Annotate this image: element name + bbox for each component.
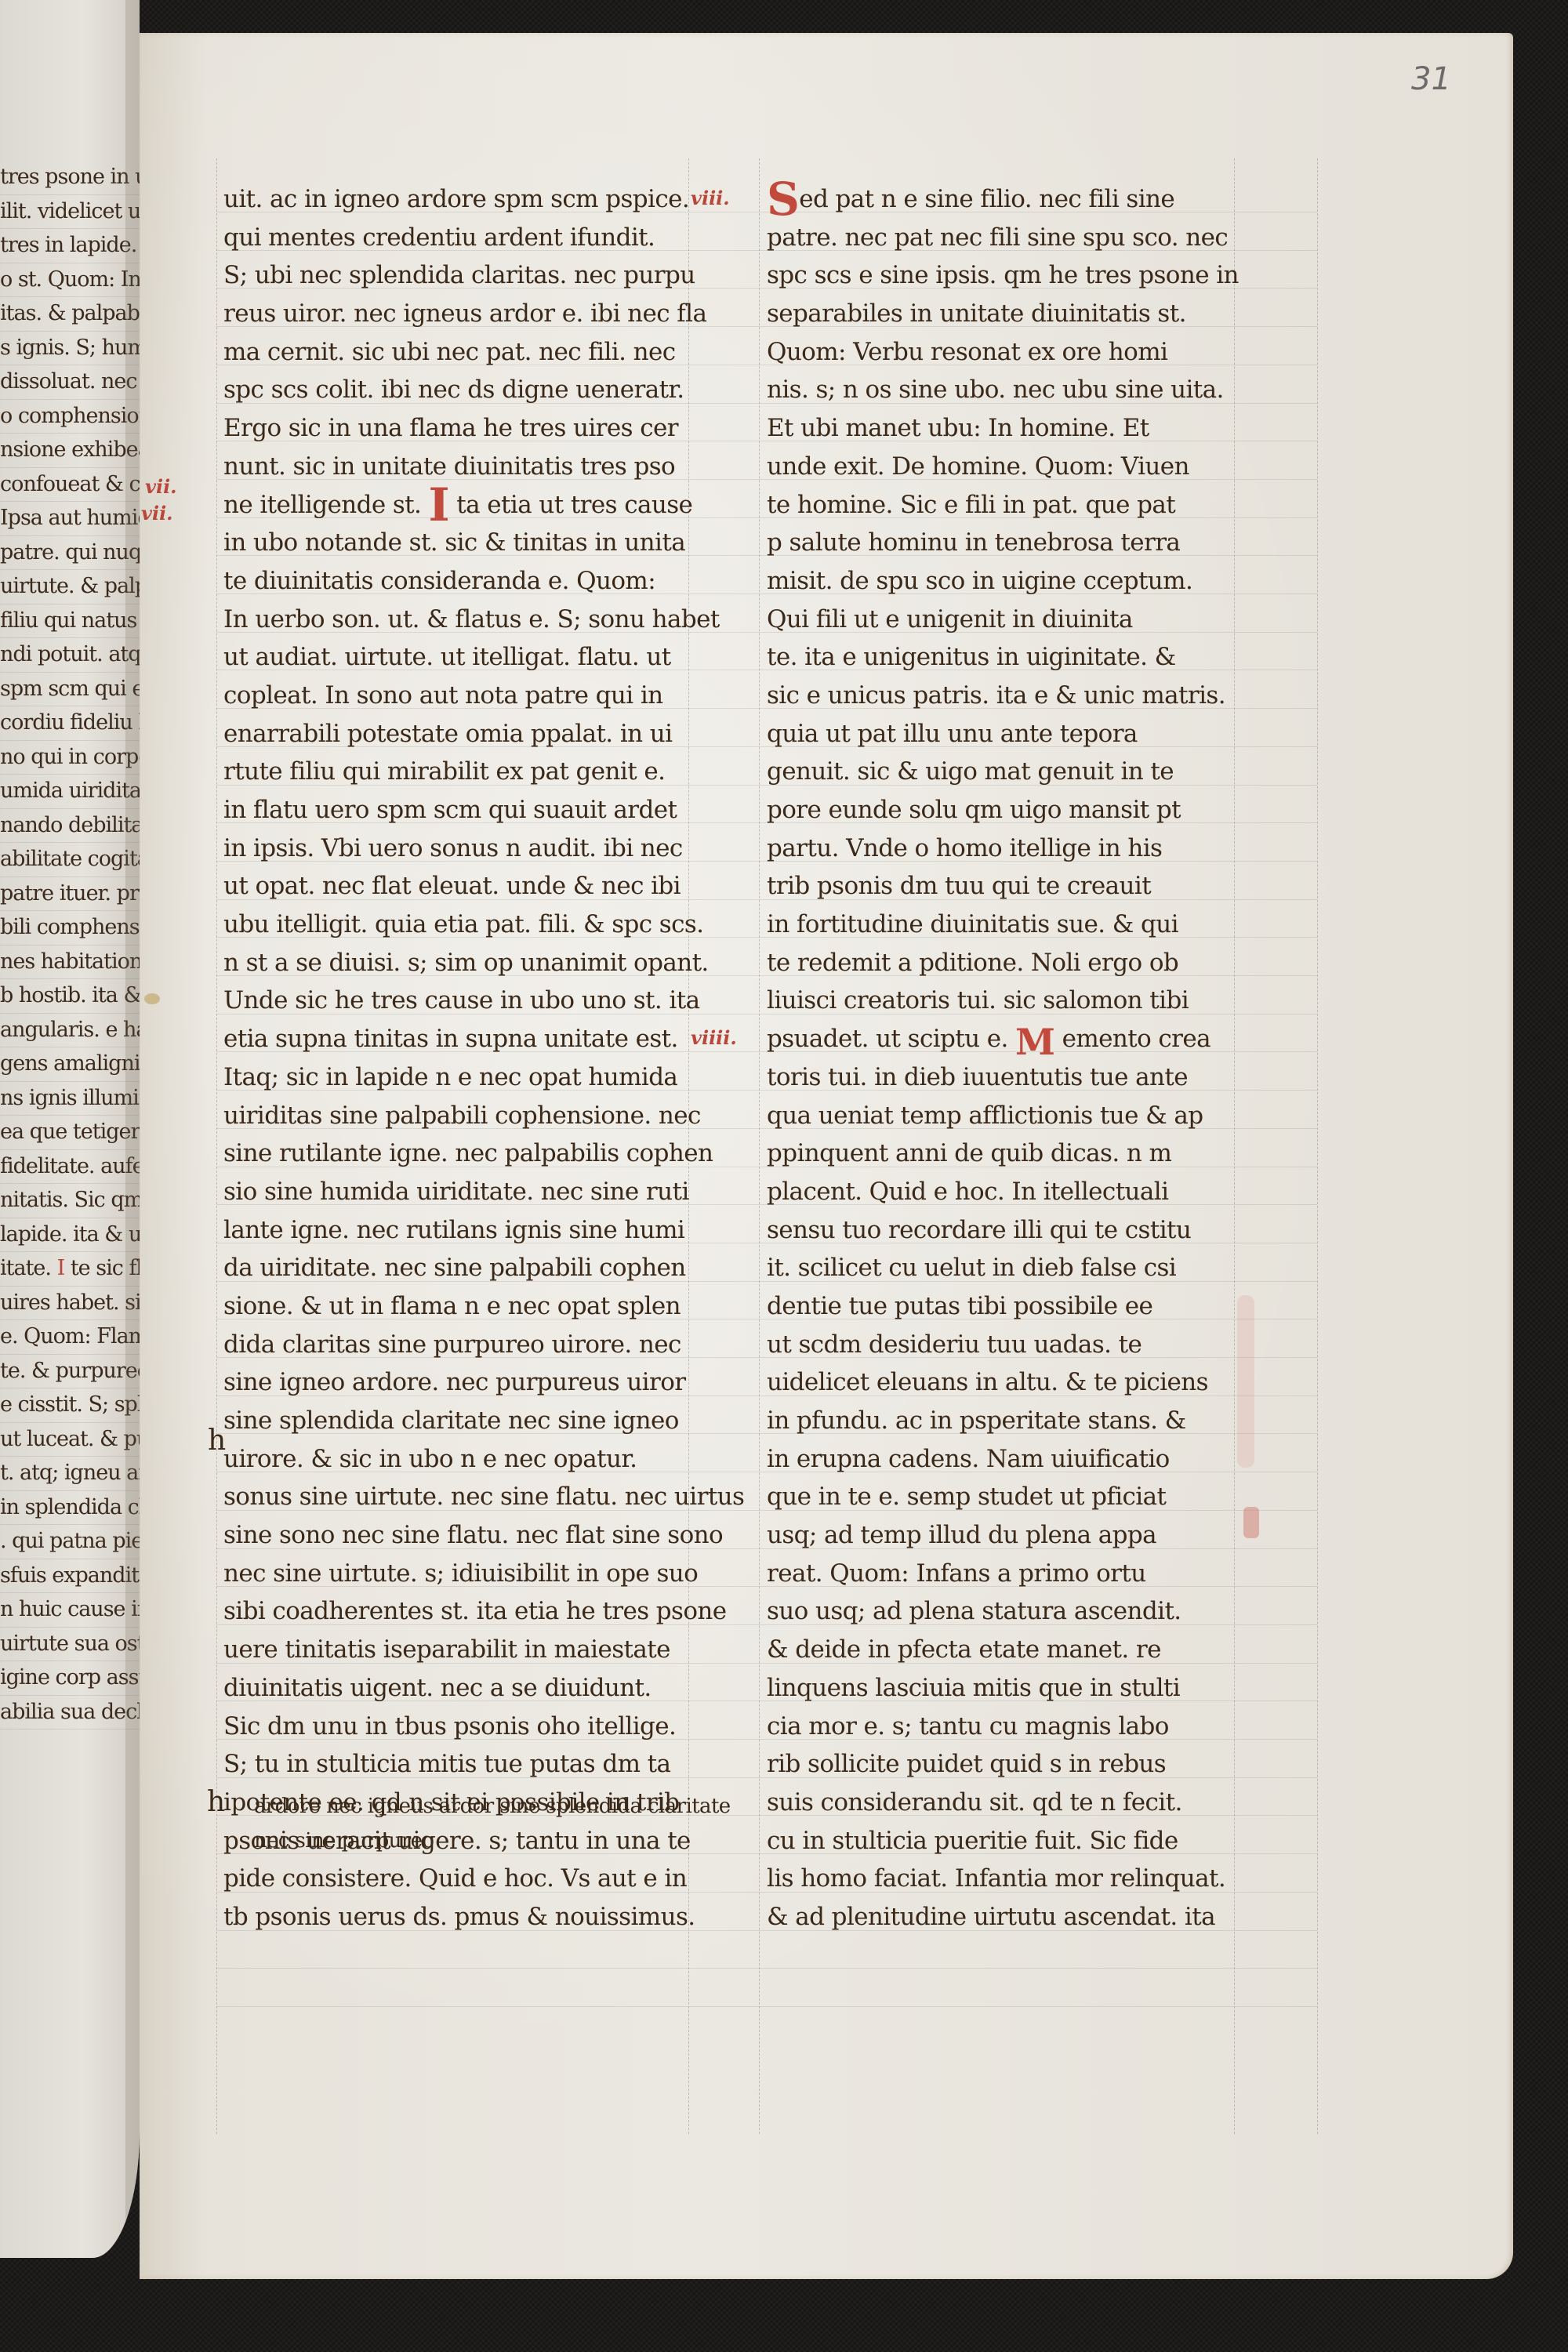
line-text: uidelicet eleuans in altu. & te piciens xyxy=(767,1368,1208,1396)
text-line: ubu itelligit. quia etia pat. fili. & sp… xyxy=(223,906,678,944)
verso-line-text: angularis. e ham xyxy=(0,1018,140,1042)
text-line: enarrabili potestate omia ppalat. in ui xyxy=(223,715,678,753)
text-line: te homine. Sic e fili in pat. que pat xyxy=(767,486,1229,524)
verso-line-text: o st. Quom: In lapi xyxy=(0,267,140,292)
line-text: lis homo faciat. Infantia mor relinquat. xyxy=(767,1864,1225,1893)
line-text: nunt. sic in unitate diuinitatis tres ps… xyxy=(223,452,675,481)
line-text: & deide in pfecta etate manet. re xyxy=(767,1635,1161,1664)
line-text: reus uiror. nec igneus ardor e. ibi nec … xyxy=(223,299,706,328)
text-line: etia supna tinitas in supna unitate est. xyxy=(223,1020,678,1058)
text-line: ppinquent anni de quib dicas. n m xyxy=(767,1134,1229,1173)
line-text: ppinquent anni de quib dicas. n m xyxy=(767,1139,1171,1167)
verso-line-text: uirtute. & palpabilis xyxy=(0,574,140,598)
line-text: ne itelligende st. xyxy=(223,491,429,519)
text-line: nis. s; n os sine ubo. nec ubu sine uita… xyxy=(767,371,1229,409)
verso-line-text: dissoluat. nec comuni xyxy=(0,369,140,394)
stain xyxy=(144,993,160,1004)
text-line: linquens lasciuia mitis que in stulti xyxy=(767,1669,1229,1708)
text-line: toris tui. in dieb iuuentutis tue ante xyxy=(767,1058,1229,1097)
verso-line: dissoluat. nec comuni xyxy=(0,365,140,400)
verso-line: no qui in corpore su xyxy=(0,741,140,775)
text-line: copleat. In sono aut nota patre qui in xyxy=(223,677,678,715)
insertion-mark-icon: h xyxy=(208,1425,226,1457)
verso-line: uirtute sua ostendit xyxy=(0,1628,140,1662)
footnote-line: ardore nec igneus ardor sine splendida c… xyxy=(254,1789,731,1824)
line-text: Sic dm unu in tbus psonis oho itellige. xyxy=(223,1712,676,1740)
text-line: pore eunde solu qm uigo mansit pt xyxy=(767,791,1229,829)
ruling-line xyxy=(216,158,217,2134)
text-line: sio sine humida uiriditate. nec sine rut… xyxy=(223,1173,678,1211)
line-text: uit. ac in igneo ardore spm scm pspice. xyxy=(223,185,689,213)
red-initial-m: M xyxy=(1015,1021,1054,1063)
text-line: Qui fili ut e unigenit in diuinita xyxy=(767,601,1229,639)
line-text: dentie tue putas tibi possibile ee xyxy=(767,1292,1152,1320)
text-line: usq; ad temp illud du plena appa xyxy=(767,1516,1229,1555)
verso-line-text: cordiu fideliu hoium xyxy=(0,710,140,735)
line-text: separabiles in unitate diuinitatis st. xyxy=(767,299,1186,328)
line-text: Qui fili ut e unigenit in diuinita xyxy=(767,605,1133,633)
rubric-number: vii. xyxy=(145,475,177,498)
line-text: suis considerandu sit. qd te n fecit. xyxy=(767,1788,1182,1817)
line-text: sic e unicus patris. ita e & unic matris… xyxy=(767,681,1225,710)
line-text: in fortitudine diuinitatis sue. & qui xyxy=(767,910,1178,938)
text-line: S; ubi nec splendida claritas. nec purpu xyxy=(223,256,678,295)
line-text: in erupna cadens. Nam uiuificatio xyxy=(767,1445,1170,1473)
verso-line: nando debilitatur xyxy=(0,809,140,844)
line-text: ut scdm desideriu tuu uadas. te xyxy=(767,1330,1142,1359)
verso-line-text: uires habet. sic & xyxy=(0,1290,140,1315)
line-text: dida claritas sine purpureo uirore. nec xyxy=(223,1330,681,1359)
verso-line-text: fidelitate. auferr xyxy=(0,1154,140,1178)
text-line: partu. Vnde o homo itellige in his xyxy=(767,829,1229,868)
verso-line: bili comphensio xyxy=(0,911,140,946)
text-line: Sed pat n e sine filio. nec fili sine xyxy=(767,180,1229,219)
red-offset xyxy=(1243,1507,1259,1538)
text-line: unde exit. De homine. Quom: Viuen xyxy=(767,448,1229,486)
line-text: sine splendida claritate nec sine igneo xyxy=(223,1406,679,1435)
line-text: genuit. sic & uigo mat genuit in te xyxy=(767,757,1174,786)
line-text: & ad plenitudine uirtutu ascendat. ita xyxy=(767,1903,1215,1931)
verso-line-text: tres in lapide. & tres in xyxy=(0,233,140,257)
line-text: in pfundu. ac in psperitate stans. & xyxy=(767,1406,1186,1435)
verso-line-text: ndi potuit. atq; rur xyxy=(0,642,140,666)
text-line: Itaq; sic in lapide n e nec opat humida xyxy=(223,1058,678,1097)
text-line: uiriditas sine palpabili cophensione. ne… xyxy=(223,1097,678,1135)
verso-line-text: . qui patna pietat xyxy=(0,1529,140,1553)
line-text: sibi coadherentes st. ita etia he tres p… xyxy=(223,1597,727,1625)
verso-line-text: te. & purpureo ui xyxy=(0,1359,140,1383)
text-line: dida claritas sine purpureo uirore. nec xyxy=(223,1326,678,1364)
verso-line: nsione exhibeat. rur xyxy=(0,434,140,468)
verso-line: ns ignis illumina xyxy=(0,1082,140,1116)
line-text: enarrabili potestate omia ppalat. in ui xyxy=(223,720,672,748)
ruling-line xyxy=(1234,158,1235,2134)
verso-line-text: spm scm qui e acce xyxy=(0,677,140,701)
text-line: te diuinitatis consideranda e. Quom: xyxy=(223,562,678,601)
verso-line-text: b hostib. ita & fi xyxy=(0,983,140,1007)
line-text: cia mor e. s; tantu cu magnis labo xyxy=(767,1712,1169,1740)
line-text: que in te e. semp studet ut pficiat xyxy=(767,1483,1166,1511)
line-text: reat. Quom: Infans a primo ortu xyxy=(767,1559,1146,1588)
text-line: uere tinitatis iseparabilit in maiestate xyxy=(223,1631,678,1669)
text-column-left: uit. ac in igneo ardore spm scm pspice.q… xyxy=(223,180,678,1936)
text-line: ut audiat. uirtute. ut itelligat. flatu.… xyxy=(223,638,678,677)
line-text: sine rutilante igne. nec palpabilis coph… xyxy=(223,1139,713,1167)
line-text: p salute hominu in tenebrosa terra xyxy=(767,528,1180,557)
line-text: Quom: Verbu resonat ex ore homi xyxy=(767,338,1167,366)
verso-line: s ignis. S; humida ui xyxy=(0,332,140,366)
text-line: placent. Quid e hoc. In itellectuali xyxy=(767,1173,1229,1211)
line-text: sonus sine uirtute. nec sine flatu. nec … xyxy=(223,1483,744,1511)
verso-line: nes habitationis xyxy=(0,946,140,980)
text-line: dentie tue putas tibi possibile ee xyxy=(767,1287,1229,1326)
line-text: te diuinitatis consideranda e. Quom: xyxy=(223,567,655,595)
line-text: liuisci creatoris tui. sic salomon tibi xyxy=(767,986,1189,1014)
line-text: te redemit a pditione. Noli ergo ob xyxy=(767,949,1178,977)
verso-line: angularis. e ham xyxy=(0,1014,140,1048)
line-text: cu in stulticia pueritie fuit. Sic fide xyxy=(767,1827,1178,1855)
text-column-right: Sed pat n e sine filio. nec fili sinepat… xyxy=(767,180,1229,1936)
line-text: rtute filiu qui mirabilit ex pat genit e… xyxy=(223,757,665,786)
line-text: it. scilicet cu uelut in dieb false csi xyxy=(767,1254,1176,1282)
ruling-line xyxy=(216,1968,1317,1969)
line-text: ma cernit. sic ubi nec pat. nec fili. ne… xyxy=(223,338,675,366)
text-line: sic e unicus patris. ita e & unic matris… xyxy=(767,677,1229,715)
verso-line-text: itate. xyxy=(0,1256,57,1280)
verso-line: igine corp assupsit. xyxy=(0,1661,140,1696)
line-text: Ergo sic in una flama he tres uires cer xyxy=(223,414,678,442)
verso-line-text: igine corp assupsit. xyxy=(0,1665,140,1690)
text-line: rtute filiu qui mirabilit ex pat genit e… xyxy=(223,753,678,791)
verso-line: Ipsa aut humida ui xyxy=(0,502,140,536)
footnote-line: nec sine purpureo xyxy=(254,1824,731,1858)
line-text: usq; ad temp illud du plena appa xyxy=(767,1521,1156,1549)
text-line: reus uiror. nec igneus ardor e. ibi nec … xyxy=(223,295,678,333)
verso-line: gens amalignis xyxy=(0,1047,140,1082)
text-line: S; tu in stulticia mitis tue putas dm ta xyxy=(223,1745,678,1784)
verso-line: patre ituer. pri xyxy=(0,877,140,912)
text-line: separabiles in unitate diuinitatis st. xyxy=(767,295,1229,333)
line-text: misit. de spu sco in uigine cceptum. xyxy=(767,567,1192,595)
line-text: in flatu uero spm scm qui suauit ardet xyxy=(223,796,677,824)
insertion-mark-icon: h xyxy=(207,1786,225,1818)
verso-line: itate. I te sic fla xyxy=(0,1252,140,1287)
text-line: in ipsis. Vbi uero sonus n audit. ibi ne… xyxy=(223,829,678,868)
verso-line: in splendida clari xyxy=(0,1491,140,1526)
text-line: psuadet. ut sciptu e. M emento crea xyxy=(767,1020,1229,1058)
text-line: cia mor e. s; tantu cu magnis labo xyxy=(767,1708,1229,1746)
verso-line-text: ut luceat. & purpu xyxy=(0,1427,140,1451)
line-text: sio sine humida uiriditate. nec sine rut… xyxy=(223,1178,689,1206)
rubric-number: viii. xyxy=(691,187,730,209)
line-text: diuinitatis uigent. nec a se diuidunt. xyxy=(223,1674,652,1702)
verso-line-text: confoueat & consoli xyxy=(0,472,140,496)
verso-line: itas. & palpabilis cop xyxy=(0,297,140,332)
verso-line: lapide. ita & uer xyxy=(0,1218,140,1253)
line-text: lante igne. nec rutilans ignis sine humi xyxy=(223,1216,684,1244)
line-text: spc scs e sine ipsis. qm he tres psone i… xyxy=(767,261,1239,289)
verso-line: b hostib. ita & fi xyxy=(0,979,140,1014)
text-line: qua ueniat temp afflictionis tue & ap xyxy=(767,1097,1229,1135)
recto-page: 31 uit. ac in igneo ardore spm scm pspic… xyxy=(140,33,1513,2279)
text-line: suis considerandu sit. qd te n fecit. xyxy=(767,1784,1229,1822)
line-text: sine sono nec sine flatu. nec flat sine … xyxy=(223,1521,723,1549)
text-line: sonus sine uirtute. nec sine flatu. nec … xyxy=(223,1478,678,1516)
text-line: reat. Quom: Infans a primo ortu xyxy=(767,1555,1229,1593)
line-text: qui mentes credentiu ardent ifundit. xyxy=(223,223,655,252)
text-line: nec sine uirtute. s; idiuisibilit in ope… xyxy=(223,1555,678,1593)
text-line: lis homo faciat. Infantia mor relinquat. xyxy=(767,1860,1229,1898)
text-line: da uiriditate. nec sine palpabili cophen xyxy=(223,1249,678,1287)
ruling-line xyxy=(216,2006,1317,2007)
text-line: Et ubi manet ubu: In homine. Et xyxy=(767,409,1229,448)
line-text: ed pat n e sine filio. nec fili sine xyxy=(799,185,1174,213)
text-line: in pfundu. ac in psperitate stans. & xyxy=(767,1402,1229,1440)
ruling-line xyxy=(1317,158,1318,2134)
verso-line-text: tres psone in unitate xyxy=(0,165,140,189)
text-line: cu in stulticia pueritie fuit. Sic fide xyxy=(767,1822,1229,1860)
text-line: Ergo sic in una flama he tres uires cer xyxy=(223,409,678,448)
line-text: pide consistere. Quid e hoc. Vs aut e in xyxy=(223,1864,687,1893)
text-line: spc scs e sine ipsis. qm he tres psone i… xyxy=(767,256,1229,295)
line-text: pore eunde solu qm uigo mansit pt xyxy=(767,796,1181,824)
verso-line: o st. Quom: In lapi xyxy=(0,263,140,298)
verso-line-text: t. atq; igneu ardo xyxy=(0,1461,140,1485)
line-text: sine igneo ardore. nec purpureus uiror xyxy=(223,1368,686,1396)
verso-line-text: bili comphensio xyxy=(0,915,140,939)
verso-line-text: abilia sua declara xyxy=(0,1700,140,1724)
text-line: sibi coadherentes st. ita etia he tres p… xyxy=(223,1592,678,1631)
line-text: linquens lasciuia mitis que in stulti xyxy=(767,1674,1180,1702)
line-text: ta etia ut tres cause xyxy=(449,491,692,519)
verso-line-text: nes habitationis xyxy=(0,949,140,974)
verso-line-text: Ipsa aut humida ui xyxy=(0,506,140,530)
text-line: n st a se diuisi. s; sim op unanimit opa… xyxy=(223,944,678,982)
verso-line-text: itas. & palpabilis cop xyxy=(0,301,140,325)
verso-line: tres psone in unitate xyxy=(0,161,140,195)
text-line: sine sono nec sine flatu. nec flat sine … xyxy=(223,1516,678,1555)
red-initial-s: S xyxy=(767,172,799,226)
line-text: ubu itelligit. quia etia pat. fili. & sp… xyxy=(223,910,703,938)
verso-line: cordiu fideliu hoium xyxy=(0,706,140,741)
text-line: in flatu uero spm scm qui suauit ardet xyxy=(223,791,678,829)
text-line: sine splendida claritate nec sine igneo xyxy=(223,1402,678,1440)
verso-line: abilia sua declara xyxy=(0,1696,140,1730)
verso-line-text: in splendida clari xyxy=(0,1495,140,1519)
line-text: copleat. In sono aut nota patre qui in xyxy=(223,681,663,710)
text-line: diuinitatis uigent. nec a se diuidunt. xyxy=(223,1669,678,1708)
text-line: sine rutilante igne. nec palpabilis coph… xyxy=(223,1134,678,1173)
text-line: uirore. & sic in ubo n e nec opatur. xyxy=(223,1440,678,1479)
line-text: te. ita e unigenitus in uiginitate. & xyxy=(767,643,1176,671)
verso-line-text: lapide. ita & uer xyxy=(0,1222,140,1247)
line-text: uiriditas sine palpabili cophensione. ne… xyxy=(223,1102,701,1130)
line-text: uere tinitatis iseparabilit in maiestate xyxy=(223,1635,670,1664)
verso-line-text: o comphensione ut xyxy=(0,404,140,428)
verso-text-block: tres psone in unitateilit. videlicet uig… xyxy=(0,161,140,1730)
verso-line-text: e. Quom: Flama xyxy=(0,1324,140,1348)
verso-line: spm scm qui e acce xyxy=(0,673,140,707)
verso-line-text: uirtute sua ostendit xyxy=(0,1632,140,1656)
line-text: sione. & ut in flama n e nec opat splen xyxy=(223,1292,681,1320)
text-line: suo usq; ad plena statura ascendit. xyxy=(767,1592,1229,1631)
verso-line: t. atq; igneu ardo xyxy=(0,1457,140,1491)
verso-page-edge: tres psone in unitateilit. videlicet uig… xyxy=(0,0,140,2258)
verso-line: tres in lapide. & tres in xyxy=(0,229,140,263)
verso-line-text: no qui in corpore su xyxy=(0,745,140,769)
text-line: ne itelligende st. I ta etia ut tres cau… xyxy=(223,486,678,524)
verso-line: confoueat & consoli xyxy=(0,468,140,503)
text-line: que in te e. semp studet ut pficiat xyxy=(767,1478,1229,1516)
verso-line: umida uiriditatem xyxy=(0,775,140,809)
text-line: ut scdm desideriu tuu uadas. te xyxy=(767,1326,1229,1364)
line-text: S; tu in stulticia mitis tue putas dm ta xyxy=(223,1750,670,1778)
text-line: Sic dm unu in tbus psonis oho itellige. xyxy=(223,1708,678,1746)
text-line: ut opat. nec flat eleuat. unde & nec ibi xyxy=(223,867,678,906)
verso-line: ilit. videlicet uigent xyxy=(0,195,140,230)
text-line: in erupna cadens. Nam uiuificatio xyxy=(767,1440,1229,1479)
line-text: psuadet. ut sciptu e. xyxy=(767,1025,1015,1053)
line-text: quia ut pat illu unu ante tepora xyxy=(767,720,1138,748)
text-line: te. ita e unigenitus in uiginitate. & xyxy=(767,638,1229,677)
text-line: Unde sic he tres cause in ubo uno st. it… xyxy=(223,982,678,1020)
line-text: In uerbo son. ut. & flatus e. S; sonu ha… xyxy=(223,605,720,633)
text-line: & ad plenitudine uirtutu ascendat. ita xyxy=(767,1898,1229,1936)
verso-line: sfuis expandit. & i xyxy=(0,1559,140,1594)
line-text: suo usq; ad plena statura ascendit. xyxy=(767,1597,1181,1625)
line-text: n st a se diuisi. s; sim op unanimit opa… xyxy=(223,949,709,977)
rubric-number: vii. xyxy=(141,502,173,524)
text-line: p salute hominu in tenebrosa terra xyxy=(767,524,1229,562)
line-text: ut audiat. uirtute. ut itelligat. flatu.… xyxy=(223,643,671,671)
line-text: patre. nec pat nec fili sine spu sco. ne… xyxy=(767,223,1228,252)
line-text: ut opat. nec flat eleuat. unde & nec ibi xyxy=(223,872,681,900)
text-line: in fortitudine diuinitatis sue. & qui xyxy=(767,906,1229,944)
verso-line: uirtute. & palpabilis xyxy=(0,570,140,604)
text-line: misit. de spu sco in uigine cceptum. xyxy=(767,562,1229,601)
text-line: patre. nec pat nec fili sine spu sco. ne… xyxy=(767,219,1229,257)
line-text: unde exit. De homine. Quom: Viuen xyxy=(767,452,1189,481)
verso-line-text: n huic cause in e. xyxy=(0,1597,140,1621)
verso-line-text: umida uiriditatem xyxy=(0,779,140,803)
verso-line: te. & purpureo ui xyxy=(0,1355,140,1389)
text-line: Quom: Verbu resonat ex ore homi xyxy=(767,333,1229,372)
verso-line: n huic cause in e. xyxy=(0,1593,140,1628)
line-text: Et ubi manet ubu: In homine. Et xyxy=(767,414,1149,442)
line-text: etia supna tinitas in supna unitate est. xyxy=(223,1025,678,1053)
verso-line-text: filiu qui natus ex ui xyxy=(0,608,140,633)
verso-line-text: s ignis. S; humida ui xyxy=(0,336,140,360)
line-text: tb psonis uerus ds. pmus & nouissimus. xyxy=(223,1903,695,1931)
line-text: da uiriditate. nec sine palpabili cophen xyxy=(223,1254,686,1282)
verso-line-text: ea que tetigerit xyxy=(0,1120,140,1144)
line-text: qua ueniat temp afflictionis tue & ap xyxy=(767,1102,1203,1130)
text-line: uidelicet eleuans in altu. & te piciens xyxy=(767,1363,1229,1402)
verso-line: uires habet. sic & xyxy=(0,1287,140,1321)
verso-line-text: sfuis expandit. & i xyxy=(0,1563,140,1588)
verso-line: filiu qui natus ex ui xyxy=(0,604,140,639)
verso-line-text: patre. qui nuqua ardi xyxy=(0,540,140,564)
line-text: rib sollicite puidet quid s in rebus xyxy=(767,1750,1166,1778)
verso-line-text: e cisstit. S; splendi xyxy=(0,1392,140,1417)
line-text: spc scs colit. ibi nec ds digne ueneratr… xyxy=(223,376,684,404)
verso-line: fidelitate. auferr xyxy=(0,1150,140,1185)
verso-line: . qui patna pietat xyxy=(0,1525,140,1559)
verso-line-text: abilitate cogitatio xyxy=(0,847,140,871)
line-text: emento crea xyxy=(1054,1025,1210,1053)
text-line: trib psonis dm tuu qui te creauit xyxy=(767,867,1229,906)
line-text: in ipsis. Vbi uero sonus n audit. ibi ne… xyxy=(223,834,683,862)
offset-stain xyxy=(1237,1295,1254,1468)
verso-line: ut luceat. & purpu xyxy=(0,1423,140,1457)
text-line: spc scs colit. ibi nec ds digne ueneratr… xyxy=(223,371,678,409)
line-text: placent. Quid e hoc. In itellectuali xyxy=(767,1178,1168,1206)
verso-line: o comphensione ut xyxy=(0,400,140,434)
verso-line-text: patre ituer. pri xyxy=(0,881,140,906)
line-text: partu. Vnde o homo itellige in his xyxy=(767,834,1162,862)
rubric-number: viiii. xyxy=(691,1026,737,1049)
text-line: sine igneo ardore. nec purpureus uiror xyxy=(223,1363,678,1402)
text-line: liuisci creatoris tui. sic salomon tibi xyxy=(767,982,1229,1020)
text-line: lante igne. nec rutilans ignis sine humi xyxy=(223,1211,678,1250)
verso-line: ea que tetigerit xyxy=(0,1116,140,1150)
verso-line-text: ns ignis illumina xyxy=(0,1086,140,1110)
folio-number: 31 xyxy=(1411,61,1451,97)
red-initial: I xyxy=(57,1256,65,1280)
verso-line-text: nando debilitatur xyxy=(0,813,140,837)
ruling-line xyxy=(759,158,760,2134)
text-line: rib sollicite puidet quid s in rebus xyxy=(767,1745,1229,1784)
text-line: in ubo notande st. sic & tinitas in unit… xyxy=(223,524,678,562)
text-line: qui mentes credentiu ardent ifundit. xyxy=(223,219,678,257)
text-line: & deide in pfecta etate manet. re xyxy=(767,1631,1229,1669)
verso-line-text: nsione exhibeat. rur xyxy=(0,437,140,462)
line-text: in ubo notande st. sic & tinitas in unit… xyxy=(223,528,685,557)
line-text: sensu tuo recordare illi qui te cstitu xyxy=(767,1216,1191,1244)
line-text: trib psonis dm tuu qui te creauit xyxy=(767,872,1151,900)
verso-line: e cisstit. S; splendi xyxy=(0,1388,140,1423)
line-text: nec sine uirtute. s; idiuisibilit in ope… xyxy=(223,1559,698,1588)
text-line: ma cernit. sic ubi nec pat. nec fili. ne… xyxy=(223,333,678,372)
verso-line: e. Quom: Flama xyxy=(0,1320,140,1355)
line-text: Unde sic he tres cause in ubo uno st. it… xyxy=(223,986,699,1014)
verso-line: nitatis. Sic qm he xyxy=(0,1184,140,1218)
line-text: nis. s; n os sine ubo. nec ubu sine uita… xyxy=(767,376,1224,404)
text-line: sione. & ut in flama n e nec opat splen xyxy=(223,1287,678,1326)
verso-line-text: gens amalignis xyxy=(0,1051,140,1076)
text-line: sensu tuo recordare illi qui te cstitu xyxy=(767,1211,1229,1250)
gutter-shadow xyxy=(125,0,140,2258)
text-line: In uerbo son. ut. & flatus e. S; sonu ha… xyxy=(223,601,678,639)
text-line: it. scilicet cu uelut in dieb false csi xyxy=(767,1249,1229,1287)
line-text: uirore. & sic in ubo n e nec opatur. xyxy=(223,1445,637,1473)
text-line: genuit. sic & uigo mat genuit in te xyxy=(767,753,1229,791)
text-line: tb psonis uerus ds. pmus & nouissimus. xyxy=(223,1898,678,1936)
line-text: toris tui. in dieb iuuentutis tue ante xyxy=(767,1063,1188,1091)
verso-line: ndi potuit. atq; rur xyxy=(0,638,140,673)
text-line: quia ut pat illu unu ante tepora xyxy=(767,715,1229,753)
verso-line: patre. qui nuqua ardi xyxy=(0,536,140,571)
line-text: Itaq; sic in lapide n e nec opat humida xyxy=(223,1063,677,1091)
text-line: te redemit a pditione. Noli ergo ob xyxy=(767,944,1229,982)
text-line: uit. ac in igneo ardore spm scm pspice. xyxy=(223,180,678,219)
line-text: S; ubi nec splendida claritas. nec purpu xyxy=(223,261,695,289)
verso-line-text: nitatis. Sic qm he xyxy=(0,1188,140,1212)
line-text: te homine. Sic e fili in pat. que pat xyxy=(767,491,1175,519)
text-line: nunt. sic in unitate diuinitatis tres ps… xyxy=(223,448,678,486)
text-line: pide consistere. Quid e hoc. Vs aut e in xyxy=(223,1860,678,1898)
verso-line: abilitate cogitatio xyxy=(0,843,140,877)
